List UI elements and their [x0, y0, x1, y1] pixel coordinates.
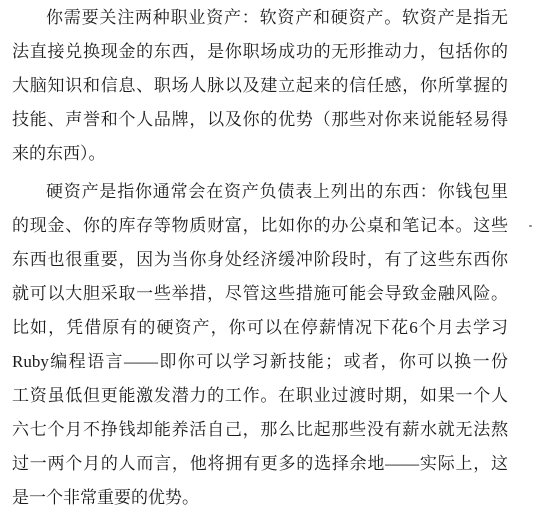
text-line: 就可以大胆采取一些举措，尽管这些措施可能会导致金融风险。: [12, 277, 508, 311]
scan-artifact-dot: [529, 225, 532, 227]
text-line: 法直接兑换现金的东西，是你职场成功的无形推动力，包括你的: [12, 35, 508, 69]
document-page: 你需要关注两种职业资产：软资产和硬资产。软资产是指无 法直接兑换现金的东西，是你…: [0, 0, 541, 509]
text-line: 工资虽低但更能激发潜力的工作。在职业过渡时期，如果一个人: [12, 379, 508, 413]
text-line: 来的东西）。: [12, 137, 508, 171]
text-line: 六七个月不挣钱却能养活自己，那么比起那些没有薪水就无法熬: [12, 413, 508, 447]
text-line: Ruby编程语言——即你可以学习新技能；或者，你可以换一份: [12, 345, 508, 379]
text-line: 的现金、你的库存等物质财富，比如你的办公桌和笔记本。这些: [12, 209, 508, 243]
text-line: 比如，凭借原有的硬资产，你可以在停薪情况下花6个月去学习: [12, 311, 508, 345]
paragraph-soft-assets: 你需要关注两种职业资产：软资产和硬资产。软资产是指无 法直接兑换现金的东西，是你…: [12, 1, 508, 171]
text-line: 大脑知识和信息、职场人脉以及建立起来的信任感，你所掌握的: [12, 69, 508, 103]
text-line: 技能、声誉和个人品牌，以及你的优势（那些对你来说能轻易得: [12, 103, 508, 137]
paragraph-hard-assets: 硬资产是指你通常会在资产负债表上列出的东西：你钱包里 的现金、你的库存等物质财富…: [12, 175, 508, 509]
text-line: 过一两个月的人而言，他将拥有更多的选择余地——实际上，这: [12, 447, 508, 481]
text-line: 是一个非常重要的优势。: [12, 481, 508, 509]
text-line: 东西也很重要，因为当你身处经济缓冲阶段时，有了这些东西你: [12, 243, 508, 277]
text-line: 硬资产是指你通常会在资产负债表上列出的东西：你钱包里: [12, 175, 508, 209]
text-line: 你需要关注两种职业资产：软资产和硬资产。软资产是指无: [12, 1, 508, 35]
